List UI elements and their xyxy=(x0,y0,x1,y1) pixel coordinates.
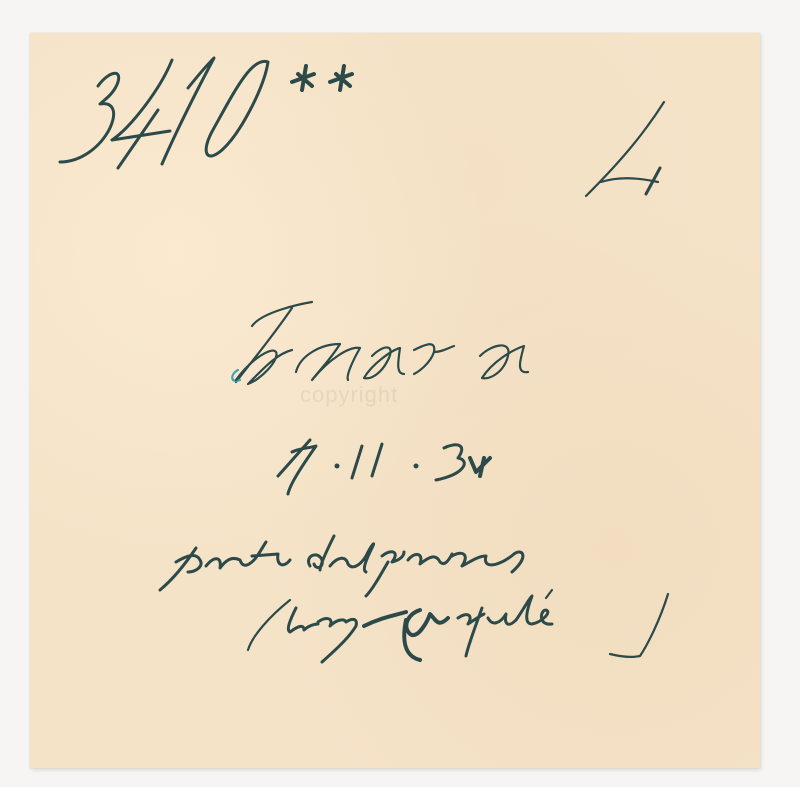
date-strokes xyxy=(278,440,490,494)
place-name-strokes xyxy=(232,302,528,384)
catalog-number-strokes xyxy=(60,58,352,168)
description-line1-strokes xyxy=(160,536,523,596)
handwriting-ink xyxy=(0,0,800,787)
corner-mark-strokes xyxy=(586,102,664,196)
description-line2-strokes xyxy=(248,590,668,662)
